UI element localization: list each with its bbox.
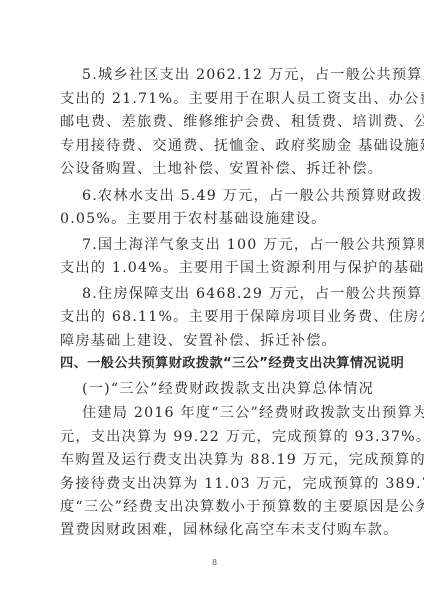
text-line: 专用接待费、交通费、抚恤金、政府奖励金 基础设施建设、办 [60,137,378,155]
text-line: 车购置及运行费支出决算为 88.19 万元，完成预算的 85.26%；公 [60,451,378,469]
text-line: 度“三公”经费支出决算数小于预算数的主要原因是公务用车购 [60,498,378,516]
page-number: 8 [212,558,217,567]
text-line: 8.住房保障支出 6468.29 万元，占一般公共预算财政拨款总 [82,285,378,303]
text-line: 0.05%。主要用于农村基础设施建设。 [60,210,378,228]
text-line: 邮电费、差旅费、维修维护会费、租赁费、培训费、公务接待费、 [60,113,378,131]
text-line: 障房基础上建设、安置补偿、拆迁补偿。 [60,332,378,350]
text-line: 6.农林水支出 5.49 万元，占一般公共预算财政拨款总支出的 [82,187,378,205]
text-line: 公设备购置、土地补偿、安置补偿、拆迁补偿。 [60,160,378,178]
text-line: 住建局 2016 年度“三公”经费财政拨款支出预算为 106.37 万 [82,404,378,422]
text-line: 置费因财政困难，园林绿化高空车未支付购车款。 [60,521,378,539]
text-line: 务接待费支出决算为 11.03 万元，完成预算的 389.75%。2016 年 [60,475,378,493]
section-heading: 四、一般公共预算财政拨款“三公”经费支出决算情况说明 [60,355,378,373]
text-line: 5.城乡社区支出 2062.12 万元，占一般公共预算财政拨款总 [82,66,378,84]
text-line: 元，支出决算为 99.22 万元，完成预算的 93.37%。其中：公务用 [60,428,378,446]
text-line: 支出的 21.71%。主要用于在职人员工资支出、办公费、电费、 [60,90,378,108]
text-line: 支出的 68.11%。主要用于保障房项目业务费、住房公积金、保 [60,308,378,326]
document-page: 5.城乡社区支出 2062.12 万元，占一般公共预算财政拨款总 支出的 21.… [0,0,424,600]
text-line: 7.国土海洋气象支出 100 万元，占一般公共预算财政拨款总 [82,236,378,254]
subsection-heading: (一)“三公”经费财政拨款支出决算总体情况 [82,380,378,398]
text-line: 支出的 1.04%。主要用于国土资源利用与保护的基础设施建设。 [60,259,378,277]
